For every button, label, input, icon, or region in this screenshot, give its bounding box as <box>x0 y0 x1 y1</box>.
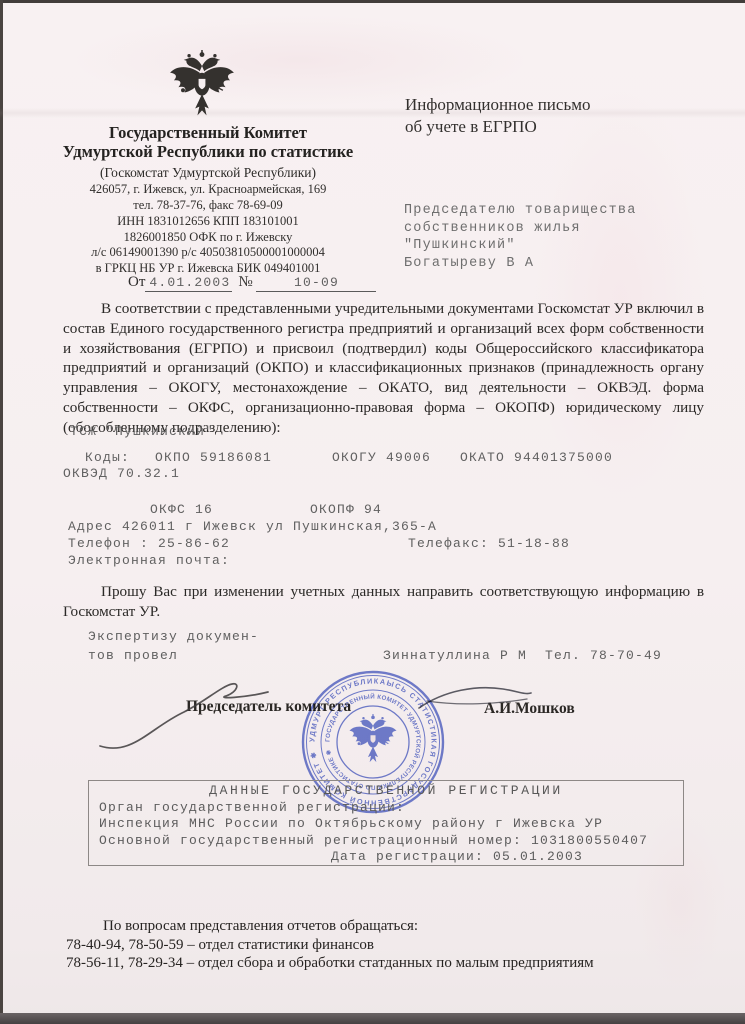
org-phone-line: тел. 78-37-76, факс 78-69-09 <box>52 198 364 212</box>
scan-fold-crease <box>0 108 745 118</box>
registration-authority: Инспекция МНС России по Октябрьскому рай… <box>99 816 673 833</box>
footer-dept-small-business: 78-56-11, 78-29-34 – отдел сбора и обраб… <box>66 955 594 972</box>
okved-value: 70.32.1 <box>117 466 180 481</box>
registration-number: Основной государственный регистрационный… <box>99 833 673 850</box>
okfs-code: ОКФС 16 <box>150 502 213 517</box>
okogu-value: 49006 <box>386 450 431 465</box>
letterhead: Государственный Комитет Удмуртской Респу… <box>52 124 364 276</box>
letter-date: 4.01.2003 <box>145 275 232 292</box>
okved-label: ОКВЭД <box>63 466 108 481</box>
okpo-label: ОКПО <box>155 450 191 465</box>
org-name-line2: Удмуртской Республики по статистике <box>52 143 364 162</box>
date-prefix: От <box>128 274 145 290</box>
document-type-line1: Информационное письмо <box>405 94 590 116</box>
org-phone: Телефон : 25-86-62 <box>68 536 230 551</box>
recipient-line: собственников жилья <box>404 220 637 238</box>
footer-dept-finance: 78-40-94, 78-50-59 – отдел статистики фи… <box>66 937 374 954</box>
document-type-line2: об учете в ЕГРПО <box>405 116 590 138</box>
okpo-code: ОКПО 59186081 <box>155 450 272 465</box>
scan-edge-top <box>0 0 745 3</box>
org-account-line: л/с 06149001390 р/с 40503810500001000004 <box>52 245 364 259</box>
okfs-value: 16 <box>195 502 213 517</box>
stamp-eagle-icon <box>349 714 396 762</box>
okved-code: ОКВЭД 70.32.1 <box>63 466 180 481</box>
expertise-line1: Экспертизу докумен- <box>88 629 259 644</box>
expert-name: Зиннатуллина Р М <box>383 648 527 663</box>
scan-edge-left <box>0 0 3 1024</box>
okopf-value: 94 <box>364 502 382 517</box>
registered-org-name: ТСЖ "Пушкинский" <box>70 424 214 439</box>
recipient-line: "Пушкинский" <box>404 237 637 255</box>
scanned-letter-page: Государственный Комитет Удмуртской Респу… <box>0 0 745 1024</box>
date-number-line: От4.01.2003№ 10-09 <box>128 274 376 292</box>
letter-number: 10-09 <box>256 275 376 292</box>
footer-heading: По вопросам представления отчетов обраща… <box>103 918 418 935</box>
okogu-label: ОКОГУ <box>332 450 377 465</box>
org-name-line3: (Госкомстат Удмуртской Республики) <box>52 165 364 181</box>
recipient-block: Председателю товарищества собственников … <box>404 202 637 272</box>
okopf-label: ОКОПФ <box>310 502 355 517</box>
org-name-line1: Государственный Комитет <box>52 124 364 143</box>
expert-phone: Тел. 78-70-49 <box>545 648 662 663</box>
registration-data-box: ДАННЫЕ ГОСУДАРСТВЕННОЙ РЕГИСТРАЦИИ Орган… <box>88 780 684 866</box>
okopf-code: ОКОПФ 94 <box>310 502 382 517</box>
number-sign: № <box>238 274 252 290</box>
document-type: Информационное письмо об учете в ЕГРПО <box>405 94 590 138</box>
scan-edge-bottom <box>0 1013 745 1024</box>
org-address: Адрес 426011 г Ижевск ул Пушкинская,365-… <box>68 519 437 534</box>
okogu-code: ОКОГУ 49006 <box>332 450 431 465</box>
body-paragraph-2: Прошу Вас при изменении учетных данных н… <box>63 582 704 622</box>
okato-value: 94401375000 <box>514 450 613 465</box>
org-fax: Телефакс: 51-18-88 <box>408 536 570 551</box>
body-paragraph-1: В соответствии с представленными учредит… <box>63 299 704 438</box>
coat-of-arms-icon <box>163 50 241 126</box>
expertise-line2: тов провел <box>88 648 178 663</box>
org-address-line: 426057, г. Ижевск, ул. Красноармейская, … <box>52 182 364 196</box>
okpo-value: 59186081 <box>200 450 272 465</box>
registration-date: Дата регистрации: 05.01.2003 <box>331 849 673 866</box>
org-ofk-line: 1826001850 ОФК по г. Ижевску <box>52 230 364 244</box>
signatory-name: А.И.Мошков <box>484 700 575 718</box>
recipient-line: Богатыреву В А <box>404 255 637 273</box>
okato-code: ОКАТО 94401375000 <box>460 450 613 465</box>
registration-box-title: ДАННЫЕ ГОСУДАРСТВЕННОЙ РЕГИСТРАЦИИ <box>99 783 673 800</box>
okato-label: ОКАТО <box>460 450 505 465</box>
okfs-label: ОКФС <box>150 502 186 517</box>
registration-authority-label: Орган государственной регистрации: <box>99 800 673 817</box>
org-inn-line: ИНН 1831012656 КПП 183101001 <box>52 214 364 228</box>
recipient-line: Председателю товарищества <box>404 202 637 220</box>
org-email-label: Электронная почта: <box>68 553 230 568</box>
codes-label: Коды: <box>85 450 130 465</box>
